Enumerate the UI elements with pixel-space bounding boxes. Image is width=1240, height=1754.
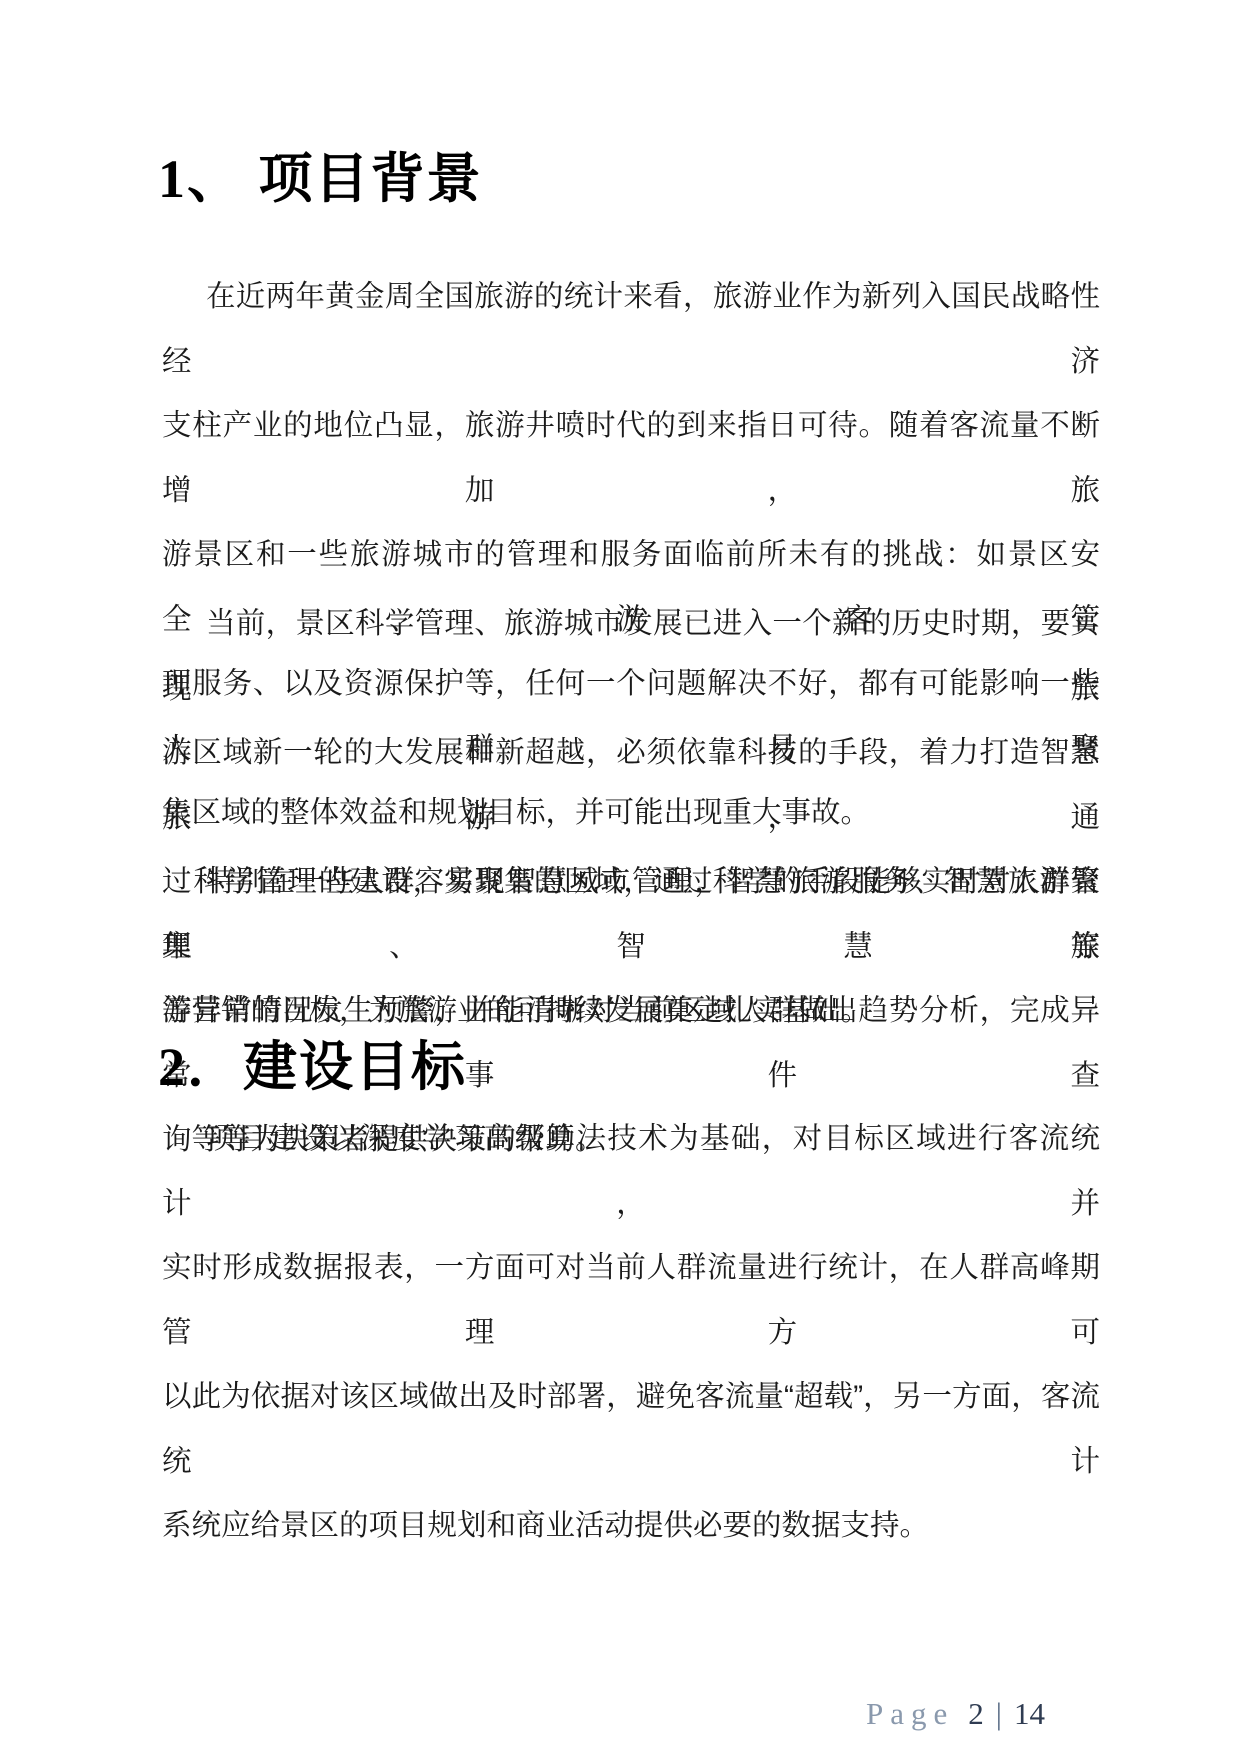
- paragraph-line: 特别在一些人群容易聚集的区域，通过科学的手段能够实时对人群聚集等: [162, 850, 1100, 979]
- footer-separator: |: [996, 1696, 1002, 1731]
- paragraph-line: 在近两年黄金周全国旅游的统计来看，旅游业作为新列入国民战略性经济: [162, 265, 1100, 394]
- section-2-heading: 2．建设目标: [158, 1034, 467, 1102]
- section-2-paragraph-1: 项目建设以深度学习高级算法技术为基础，对目标区域进行客流统计，并 实时形成数据报…: [162, 1107, 1100, 1559]
- paragraph-line: 当前，景区科学管理、旅游城市发展已进入一个新的历史时期，要实现旅: [162, 592, 1100, 721]
- paragraph-line: 支柱产业的地位凸显，旅游井喷时代的到来指日可待。随着客流量不断增加，旅: [162, 394, 1100, 523]
- page-footer: Page2|14: [866, 1694, 1045, 1734]
- footer-total-pages: 14: [1014, 1696, 1045, 1731]
- footer-page-label: Page: [866, 1696, 954, 1731]
- section-1-heading: 1、 项目背景: [158, 146, 483, 214]
- paragraph-line: 游区域新一轮的大发展和新超越，必须依靠科技的手段，着力打造智慧旅游，通: [162, 721, 1100, 850]
- document-page: 1、 项目背景 在近两年黄金周全国旅游的统计来看，旅游业作为新列入国民战略性经济…: [0, 0, 1240, 1754]
- paragraph-line: 项目建设以深度学习高级算法技术为基础，对目标区域进行客流统计，并: [162, 1107, 1100, 1236]
- paragraph-line: 实时形成数据报表，一方面可对当前人群流量进行统计，在人群高峰期管理方可: [162, 1236, 1100, 1365]
- footer-current-page: 2: [968, 1696, 984, 1731]
- paragraph-line: 系统应给景区的项目规划和商业活动提供必要的数据支持。: [162, 1494, 1100, 1559]
- paragraph-line: 以此为依据对该区域做出及时部署，避免客流量“超载”，另一方面，客流统计: [162, 1365, 1100, 1494]
